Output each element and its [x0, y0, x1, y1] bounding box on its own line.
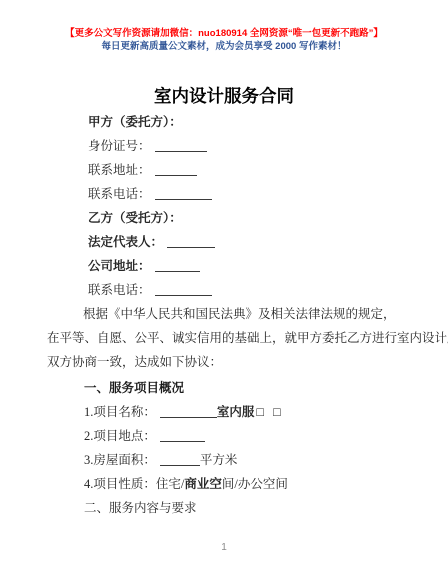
blank-line: [155, 162, 197, 176]
party-b-heading: 乙方（受托方）：: [88, 206, 215, 230]
list-item-house-area: 3.房屋面积：平方米: [84, 448, 288, 472]
list-item-project-location: 2.项目地点：: [84, 424, 288, 448]
section-list: 一、服务项目概况 1.项目名称：室内服□ □ 2.项目地点： 3.房屋面积：平方…: [84, 376, 288, 520]
field-row-contact-phone-a: 联系电话：: [88, 182, 215, 206]
field-row-contact-address: 联系地址：: [88, 158, 215, 182]
blank-line: [160, 428, 205, 442]
section2-heading: 二、服务内容与要求: [84, 496, 288, 520]
promo-banner: 【更多公文写作资源请加微信：nuo180914 全网资源“唯一包更新不跑路”】 …: [0, 27, 448, 53]
item-label: 4.项目性质：: [84, 477, 156, 491]
section1-heading: 一、服务项目概况: [84, 376, 288, 400]
blank-line: [155, 138, 207, 152]
item-value: 住宅/: [156, 477, 184, 491]
field-label: 甲方（委托方）：: [88, 115, 182, 129]
field-label: 公司地址：: [88, 259, 151, 273]
document-title: 室内设计服务合同: [0, 83, 448, 108]
item-value-bold: 室内服: [217, 405, 255, 419]
intro-line: 双方协商一致，达成如下协议：: [47, 350, 448, 374]
intro-line: 根据《中华人民共和国民法典》及相关法律法规的规定，: [47, 302, 448, 326]
field-row-contact-phone-b: 联系电话：: [88, 278, 215, 302]
blank-line: [155, 186, 212, 200]
list-item-project-name: 1.项目名称：室内服□ □: [84, 400, 288, 424]
intro-paragraph: 根据《中华人民共和国民法典》及相关法律法规的规定， 在平等、自愿、公平、诚实信用…: [47, 302, 448, 374]
item-label: 2.项目地点：: [84, 429, 156, 443]
field-label: 法定代表人：: [88, 235, 163, 249]
item-value-bold: 商业空: [184, 477, 222, 491]
item-label: 3.房屋面积：: [84, 453, 156, 467]
field-label: 身份证号：: [88, 139, 151, 153]
field-label: 联系电话：: [88, 187, 151, 201]
intro-line: 在平等、自愿、公平、诚实信用的基础上，就甲方委托乙方进行室内设计服务事: [47, 326, 448, 350]
blank-line: [160, 404, 217, 418]
field-row-legal-representative: 法定代表人：: [88, 230, 215, 254]
blank-line: [155, 258, 200, 272]
party-a-heading: 甲方（委托方）：: [88, 110, 215, 134]
field-row-id-number: 身份证号：: [88, 134, 215, 158]
blank-line: [155, 282, 212, 296]
promo-line-blue: 每日更新高质量公文素材，成为会员享受 2000 写作素材！: [0, 40, 448, 53]
blank-line: [167, 234, 215, 248]
page-number: 1: [0, 542, 448, 553]
promo-line-red: 【更多公文写作资源请加微信：nuo180914 全网资源“唯一包更新不跑路”】: [0, 27, 448, 40]
field-label: 联系电话：: [88, 283, 151, 297]
document-page: 【更多公文写作资源请加微信：nuo180914 全网资源“唯一包更新不跑路”】 …: [0, 0, 448, 580]
item-value: 间/办公空间: [222, 477, 288, 491]
field-label: 乙方（受托方）：: [88, 211, 182, 225]
item-suffix: 平方米: [200, 453, 238, 467]
blank-line: [160, 452, 200, 466]
field-label: 联系地址：: [88, 163, 151, 177]
list-item-project-type: 4.项目性质：住宅/商业空间/办公空间: [84, 472, 288, 496]
field-row-company-address: 公司地址：: [88, 254, 215, 278]
missing-glyph-boxes: □ □: [256, 405, 283, 419]
item-label: 1.项目名称：: [84, 405, 156, 419]
parties-block: 甲方（委托方）： 身份证号： 联系地址： 联系电话： 乙方（受托方）： 法定代表…: [88, 110, 215, 302]
